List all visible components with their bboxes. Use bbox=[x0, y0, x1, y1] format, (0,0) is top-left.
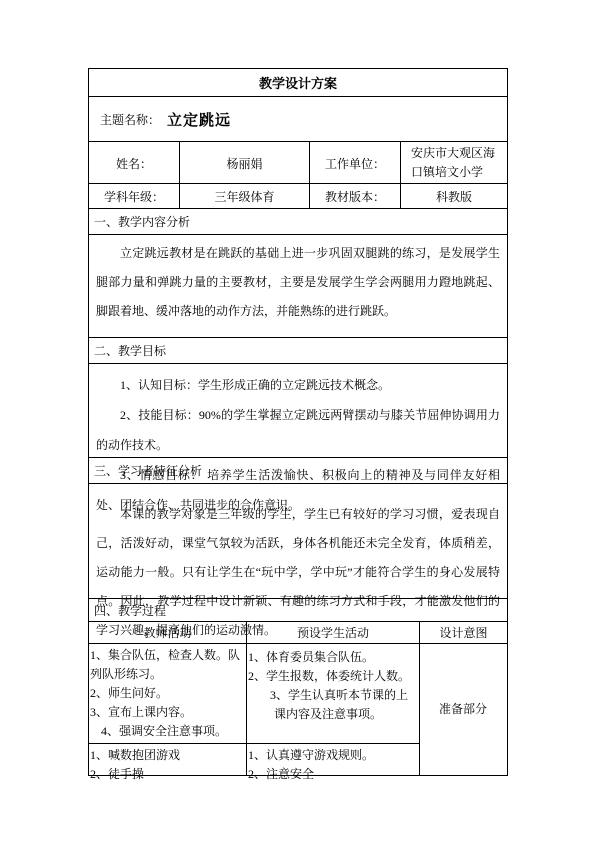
section-3-content: 本课的教学对象是三年级的学生，学生已有较好的学习习惯，爱表现自己，活泼好动，课堂… bbox=[89, 483, 507, 598]
process-table-header: 教师活动 预设学生活动 设计意图 bbox=[89, 621, 507, 643]
activity-line: 1、集合队伍，检查人数。队列队形练习。 bbox=[90, 646, 244, 684]
objective-skill: 2、技能目标：90%的学生掌握立定跳远两臂摆动与膝关节屈伸协调用力的动作技术。 bbox=[96, 400, 500, 460]
section-1-content: 立定跳远教材是在跳跃的基础上进一步巩固双腿跳的练习，是发展学生腿部力量和弹跳力量… bbox=[89, 234, 507, 337]
activity-line: 2、注意安全 bbox=[248, 765, 417, 784]
process-table-body: 1、集合队伍，检查人数。队列队形练习。 2、师生问好。 3、宣布上课内容。 4、… bbox=[89, 643, 507, 775]
activity-line: 1、认真遵守游戏规则。 bbox=[248, 746, 417, 765]
activity-line: 3、学生认真听本节课的上课内容及注意事项。 bbox=[248, 686, 417, 724]
student-activity-cell-2: 1、认真遵守游戏规则。 2、注意安全 bbox=[246, 743, 419, 775]
activity-line: 3、宣布上课内容。 bbox=[90, 703, 244, 722]
name-label: 姓名： bbox=[89, 142, 179, 184]
theme-row: 主题名称： 立定跳远 bbox=[89, 96, 507, 141]
teacher-activity-cell-1: 1、集合队伍，检查人数。队列队形练习。 2、师生问好。 3、宣布上课内容。 4、… bbox=[89, 644, 246, 743]
activity-line: 2、师生问好。 bbox=[90, 684, 244, 703]
section-2-content: 1、认知目标：学生形成正确的立定跳远技术概念。 2、技能目标：90%的学生掌握立… bbox=[89, 363, 507, 457]
activity-line: 2、学生报数，体委统计人数。 bbox=[248, 667, 417, 686]
design-intent-header: 设计意图 bbox=[419, 622, 507, 643]
student-activity-header: 预设学生活动 bbox=[246, 622, 419, 643]
objective-cognitive: 1、认知目标：学生形成正确的立定跳远技术概念。 bbox=[96, 370, 500, 400]
activity-line: 1、体育委员集合队伍。 bbox=[248, 648, 417, 667]
subject-grade-label: 学科年级： bbox=[89, 184, 179, 208]
theme-value: 立定跳远 bbox=[167, 109, 231, 130]
info-row-2: 学科年级： 三年级体育 教材版本： 科教版 bbox=[89, 183, 507, 208]
activity-line: 2、徒手操 bbox=[90, 765, 244, 784]
textbook-edition-label: 教材版本： bbox=[309, 184, 400, 208]
subject-grade-value: 三年级体育 bbox=[179, 184, 309, 208]
section-1-heading: 一、教学内容分析 bbox=[89, 208, 507, 234]
content-analysis-paragraph: 立定跳远教材是在跳跃的基础上进一步巩固双腿跳的练习，是发展学生腿部力量和弹跳力量… bbox=[96, 239, 500, 326]
document-title: 教学设计方案 bbox=[89, 69, 507, 96]
textbook-edition-value: 科教版 bbox=[400, 184, 507, 208]
work-unit-label: 工作单位： bbox=[309, 142, 400, 184]
lesson-plan-table: 教学设计方案 主题名称： 立定跳远 姓名： 杨丽娟 工作单位： 安庆市大观区海口… bbox=[88, 68, 508, 776]
teacher-activity-cell-2: 1、喊数抱团游戏 2、徒手操 bbox=[89, 743, 246, 775]
info-row-1: 姓名： 杨丽娟 工作单位： 安庆市大观区海口镇培文小学 bbox=[89, 141, 507, 183]
name-value: 杨丽娟 bbox=[179, 142, 309, 184]
work-unit-value: 安庆市大观区海口镇培文小学 bbox=[400, 142, 507, 184]
activity-line: 4、强调安全注意事项。 bbox=[90, 722, 244, 741]
teacher-activity-header: 教师活动 bbox=[89, 622, 246, 643]
theme-label: 主题名称： bbox=[100, 111, 160, 128]
student-activity-cell-1: 1、体育委员集合队伍。 2、学生报数，体委统计人数。 3、学生认真听本节课的上课… bbox=[246, 644, 419, 743]
design-intent-cell: 准备部分 bbox=[419, 644, 507, 775]
section-2-heading: 二、教学目标 bbox=[89, 337, 507, 363]
document-page: 教学设计方案 主题名称： 立定跳远 姓名： 杨丽娟 工作单位： 安庆市大观区海口… bbox=[0, 0, 595, 842]
activity-line: 1、喊数抱团游戏 bbox=[90, 746, 244, 765]
